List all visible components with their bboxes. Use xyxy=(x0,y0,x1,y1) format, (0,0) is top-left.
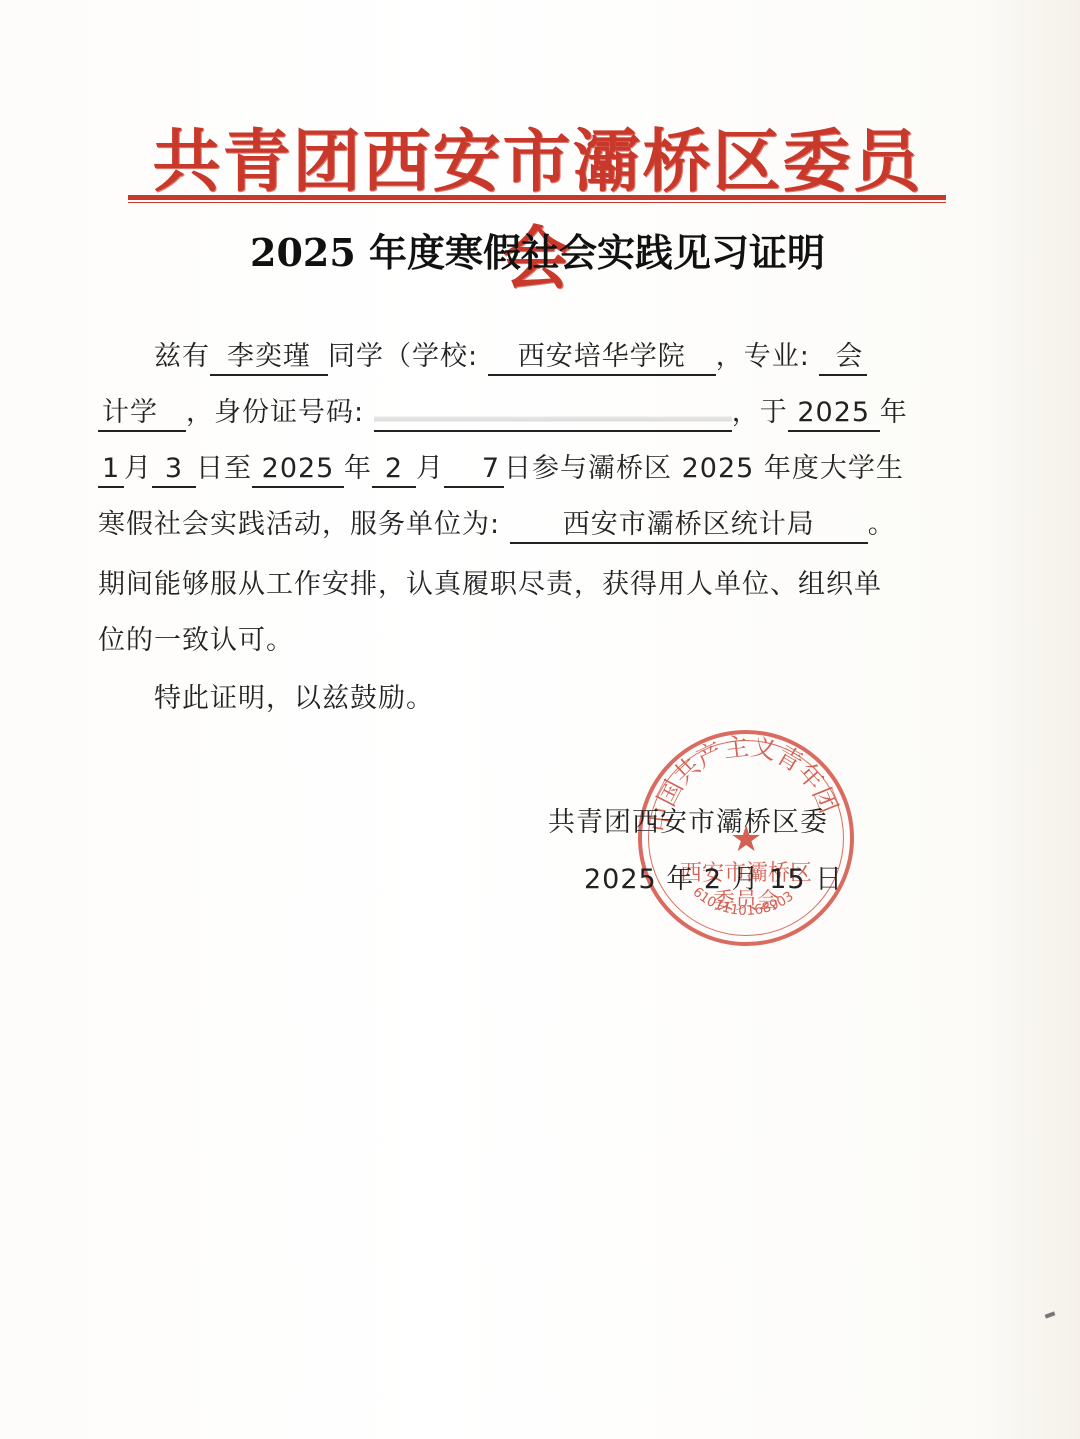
body-line-1: 兹有李奕瑾同学（学校: 西安培华学院，专业: 会 xyxy=(154,330,867,384)
school-name: 西安培华学院 xyxy=(488,340,716,376)
issue-date: 2025 年 2 月 15 日 xyxy=(584,857,904,896)
body-line-6: 位的一致认可。 xyxy=(98,614,294,668)
text: ，身份证号码: xyxy=(186,397,364,428)
text: ，于 xyxy=(732,397,788,428)
masthead-rule-thick xyxy=(128,195,946,200)
issuer-signature: 共青团西安市灞桥区委 xyxy=(548,800,868,839)
text: 。 xyxy=(868,509,896,540)
text: 日至 xyxy=(196,453,252,484)
certificate-body: 兹有李奕瑾同学（学校: 西安培华学院，专业: 会 计学，身份证号码: （已模糊处… xyxy=(98,330,946,730)
end-year: 2025 xyxy=(252,452,344,488)
masthead-rule-thin xyxy=(128,202,946,203)
text: 月 xyxy=(416,453,444,484)
end-month: 2 xyxy=(372,452,416,488)
student-name: 李奕瑾 xyxy=(210,340,328,376)
body-line-4: 寒假社会实践活动，服务单位为: 西安市灞桥区统计局。 xyxy=(98,498,896,552)
start-month: 1 xyxy=(98,452,124,488)
text: 寒假社会实践活动，服务单位为: xyxy=(98,509,500,540)
body-line-2: 计学，身份证号码: （已模糊处理），于2025年 xyxy=(98,386,908,440)
text: 月 xyxy=(124,453,152,484)
scan-speck xyxy=(1045,1311,1056,1318)
text: 年 xyxy=(344,453,372,484)
start-day: 3 xyxy=(152,452,196,488)
service-unit: 西安市灞桥区统计局 xyxy=(510,508,868,544)
body-line-5: 期间能够服从工作安排，认真履职尽责，获得用人单位、组织单 xyxy=(98,558,882,612)
body-line-3: 1月3日至2025年2月7日参与灞桥区 2025 年度大学生 xyxy=(98,442,904,496)
text: 年 xyxy=(880,397,908,428)
major-part1: 会 xyxy=(819,340,867,376)
text: 日参与灞桥区 2025 年度大学生 xyxy=(504,453,904,484)
major-part2: 计学 xyxy=(98,396,186,432)
id-number-redacted: （已模糊处理） xyxy=(374,396,732,432)
start-year: 2025 xyxy=(788,396,880,432)
text: 同学（学校: xyxy=(328,341,478,372)
end-day: 7 xyxy=(444,452,504,488)
text: 兹有 xyxy=(154,341,210,372)
document-title: 2025 年度寒假社会实践见习证明 xyxy=(130,222,945,277)
closing-statement: 特此证明，以兹鼓励。 xyxy=(154,672,434,726)
text: ，专业: xyxy=(716,341,810,372)
